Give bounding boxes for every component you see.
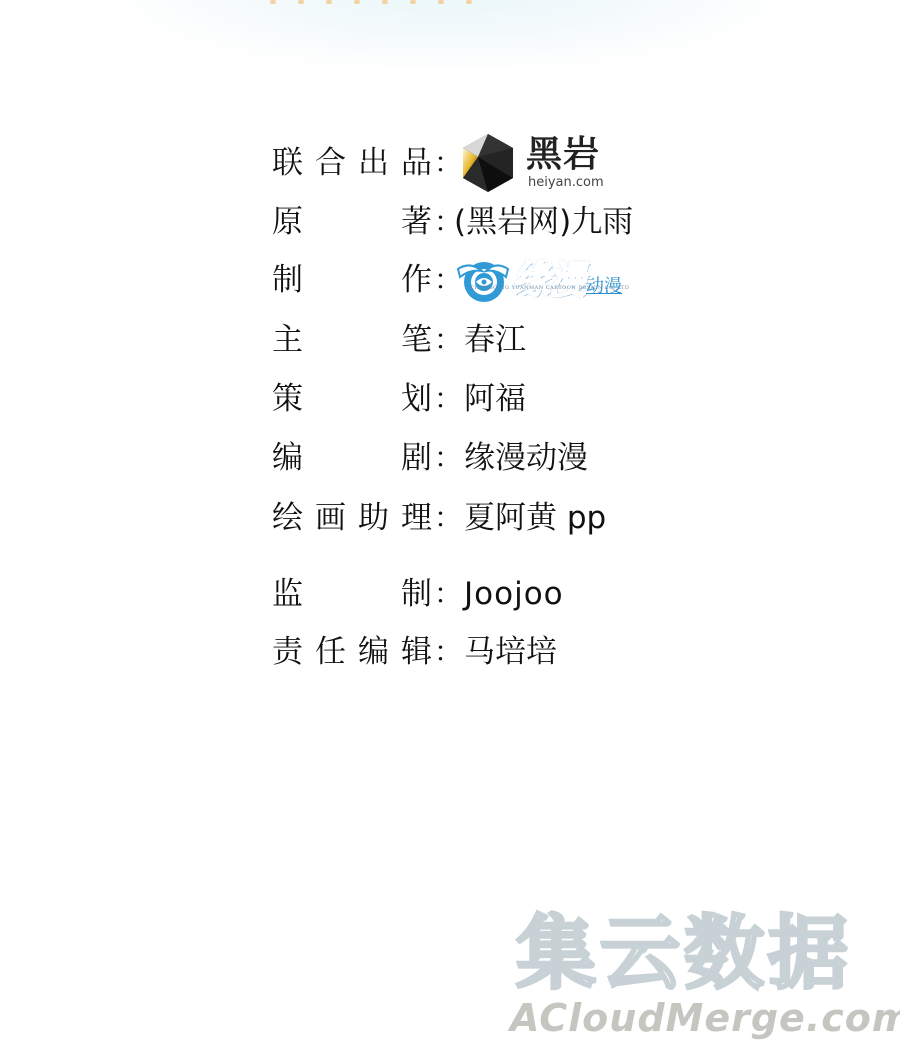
top-decorative-dots <box>270 0 472 6</box>
credit-value-art-assistant: 夏阿黄 pp <box>464 496 606 540</box>
credit-label: 制 作 <box>272 258 432 302</box>
credit-label: 编 剧 <box>272 436 432 480</box>
credit-value-screenwriter: 缘漫动漫 <box>464 436 588 480</box>
credit-row-editor: 责 任 编 辑 ： 马培培 <box>272 630 557 674</box>
credit-row-original-work: 原 著 ： (黑岩网)九雨 <box>272 200 633 244</box>
credit-colon: ： <box>434 496 454 540</box>
top-faded-artwork <box>120 0 780 70</box>
credit-colon: ： <box>434 572 454 616</box>
credit-row-production: 制 作 ： 缘漫 动漫 CHONGQING YUANMAN CARTOON DE… <box>272 252 656 308</box>
heiyan-name: 黑岩 <box>526 137 600 173</box>
heiyan-icosahedron-logo-icon <box>456 131 520 195</box>
credit-label: 原 著 <box>272 200 432 244</box>
credit-colon: ： <box>434 630 454 674</box>
credit-value-planner: 阿福 <box>464 377 526 421</box>
credit-label: 绘 画 助 理 <box>272 496 432 540</box>
credit-label: 责 任 编 辑 <box>272 630 432 674</box>
watermark-text-cn: 集云数据 <box>516 908 852 1000</box>
credit-value: 黑岩 heiyan.com <box>456 131 604 195</box>
credit-label: 联 合 出 品 <box>272 141 432 185</box>
yuanman-tagline: CHONGQING YUANMAN CARTOON DESIGN CO.,LTD <box>470 266 629 310</box>
credit-value-lead-artist: 春江 <box>464 318 526 362</box>
credit-value: 缘漫 动漫 CHONGQING YUANMAN CARTOON DESIGN C… <box>456 252 656 308</box>
credit-row-lead-artist: 主 笔 ： 春江 <box>272 318 526 362</box>
credit-colon: ： <box>434 258 454 302</box>
credit-colon: ： <box>434 141 454 185</box>
heiyan-logo: 黑岩 heiyan.com <box>456 131 604 195</box>
credit-value-supervisor: Joojoo <box>464 572 564 616</box>
credit-label: 监 制 <box>272 572 432 616</box>
credit-colon: ： <box>434 318 454 362</box>
credit-label: 策 划 <box>272 377 432 421</box>
credit-colon: ： <box>434 200 454 244</box>
heiyan-domain: heiyan.com <box>528 176 604 189</box>
credit-colon: ： <box>434 436 454 480</box>
credit-value-original-author: (黑岩网)九雨 <box>454 200 633 244</box>
credit-row-planning: 策 划 ： 阿福 <box>272 377 526 421</box>
credit-row-art-assistant: 绘 画 助 理 ： 夏阿黄 pp <box>272 496 606 540</box>
credit-row-joint-production: 联 合 出 品 ： <box>272 138 604 188</box>
credit-value-editor: 马培培 <box>464 630 557 674</box>
credit-row-screenwriter: 编 剧 ： 缘漫动漫 <box>272 436 588 480</box>
credit-label: 主 笔 <box>272 318 432 362</box>
watermark-text-en: ACloudMerge.com <box>510 996 900 1040</box>
yuanman-logo: 缘漫 动漫 CHONGQING YUANMAN CARTOON DESIGN C… <box>456 252 656 308</box>
watermark: 集云数据 ACloudMerge.com <box>506 908 886 1048</box>
credit-row-supervisor: 监 制 ： Joojoo <box>272 572 564 616</box>
credit-colon: ： <box>434 377 454 421</box>
